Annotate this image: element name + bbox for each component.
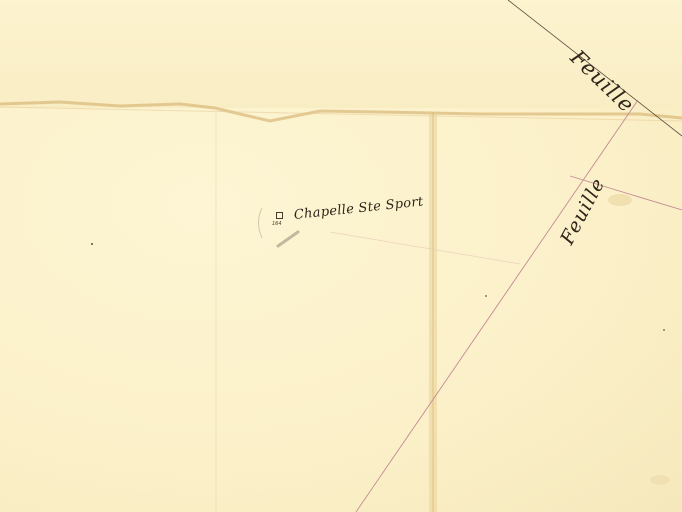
parcel-number: 164	[272, 221, 282, 227]
parcel-boundary-diagonal	[356, 100, 638, 512]
chapel-symbol-icon	[276, 212, 283, 219]
fold-stain-edge	[0, 102, 682, 121]
